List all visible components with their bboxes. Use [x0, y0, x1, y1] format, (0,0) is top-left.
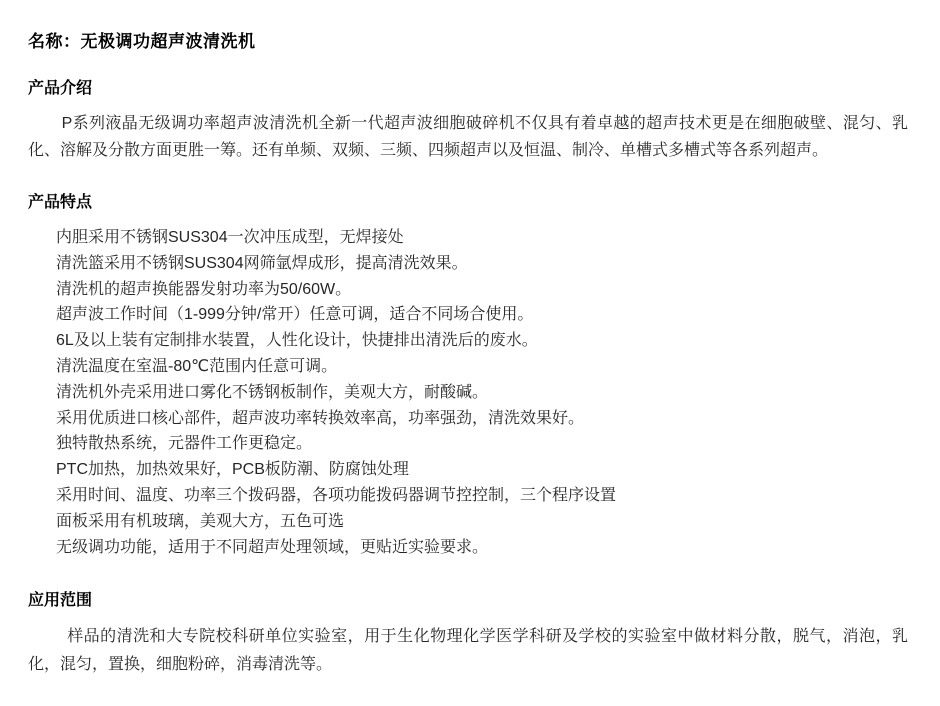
section-heading-scope: 应用范围 — [28, 591, 908, 611]
features-list: 内胆采用不锈钢SUS304一次冲压成型，无焊接处 清洗篮采用不锈钢SUS304网… — [28, 225, 908, 560]
feature-item: 清洗机外壳采用进口雾化不锈钢板制作，美观大方，耐酸碱。 — [28, 380, 908, 406]
feature-item: 面板采用有机玻璃，美观大方，五色可选 — [28, 509, 908, 535]
feature-item: 采用时间、温度、功率三个拨码器，各项功能拨码器调节控控制，三个程序设置 — [28, 483, 908, 509]
page-title: 名称：无极调功超声波清洗机 — [28, 30, 908, 54]
feature-item: 清洗温度在室温-80℃范围内任意可调。 — [28, 354, 908, 380]
feature-item: 采用优质进口核心部件，超声波功率转换效率高，功率强劲，清洗效果好。 — [28, 406, 908, 432]
intro-paragraph: P系列液晶无级调功率超声波清洗机全新一代超声波细胞破碎机不仅具有着卓越的超声技术… — [28, 110, 908, 164]
feature-item: 超声波工作时间（1-999分钟/常开）任意可调，适合不同场合使用。 — [28, 302, 908, 328]
feature-item: PTC加热，加热效果好，PCB板防潮、防腐蚀处理 — [28, 457, 908, 483]
scope-paragraph: 样品的清洗和大专院校科研单位实验室，用于生化物理化学医学科研及学校的实验室中做材… — [28, 623, 908, 679]
feature-item: 清洗机的超声换能器发射功率为50/60W。 — [28, 277, 908, 303]
feature-item: 内胆采用不锈钢SUS304一次冲压成型，无焊接处 — [28, 225, 908, 251]
section-heading-features: 产品特点 — [28, 193, 908, 213]
document-page: 名称：无极调功超声波清洗机 产品介绍 P系列液晶无级调功率超声波清洗机全新一代超… — [0, 0, 940, 706]
feature-item: 无级调功功能，适用于不同超声处理领域，更贴近实验要求。 — [28, 535, 908, 561]
feature-item: 6L及以上装有定制排水装置，人性化设计，快捷排出清洗后的废水。 — [28, 328, 908, 354]
feature-item: 独特散热系统，元器件工作更稳定。 — [28, 431, 908, 457]
section-heading-intro: 产品介绍 — [28, 79, 908, 99]
feature-item: 清洗篮采用不锈钢SUS304网筛氩焊成形，提高清洗效果。 — [28, 251, 908, 277]
